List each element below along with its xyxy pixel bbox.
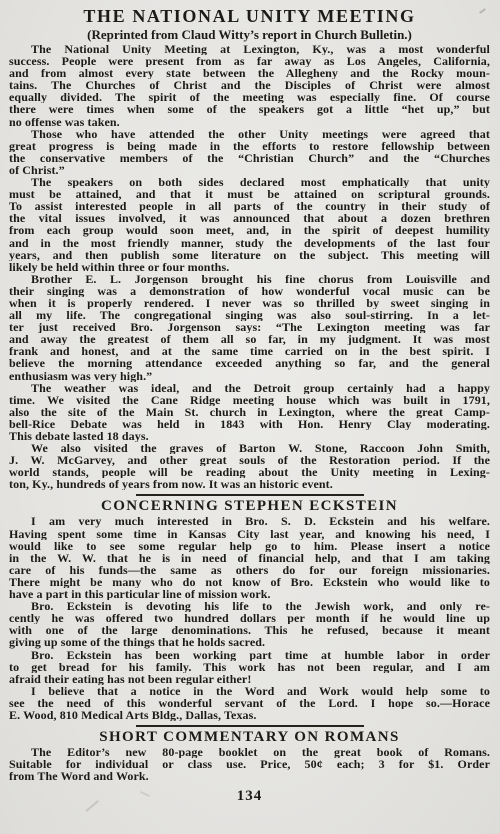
text-line: all my life. The congregational singing … <box>9 309 490 321</box>
section-title-concerning-stephen-eckstein: CONCERNING STEPHEN ECKSTEIN <box>9 498 490 514</box>
text-line: equally divided. The spirit of the meeti… <box>9 91 490 103</box>
section-title-national-unity-meeting: THE NATIONAL UNITY MEETING <box>9 6 490 26</box>
text-line: We also visited the graves of Barton W. … <box>9 442 490 454</box>
text-line: success. People were present from as far… <box>9 55 490 67</box>
text-line: world stands, people will be reading abo… <box>9 466 490 478</box>
text-line: frank and honest, and at the same time c… <box>9 345 490 357</box>
text-line: no offense was taken. <box>9 116 490 128</box>
text-line: care of his funds—the same as others do … <box>9 564 490 576</box>
text-line: of Christ.” <box>9 164 490 176</box>
text-line: The weather was ideal, and the Detroit g… <box>9 382 490 394</box>
section-title-short-commentary-on-romans: SHORT COMMENTARY ON ROMANS <box>9 729 490 745</box>
text-line: The Editor’s new 80-page booklet on the … <box>9 746 490 758</box>
document-page: THE NATIONAL UNITY MEETING(Reprinted fro… <box>0 0 500 834</box>
text-line: There might be many who do not know of B… <box>9 576 490 588</box>
text-line: afraid their eating has not been regular… <box>9 673 490 685</box>
text-line: when it is properly rendered. I never wa… <box>9 297 490 309</box>
text-line: time. We visited the Cane Ridge meeting … <box>9 394 490 406</box>
text-line: giving up some of the things that he hol… <box>9 636 490 648</box>
section-subtitle: (Reprinted from Claud Witty’s report in … <box>9 28 490 42</box>
paragraph: The National Unity Meeting at Lexington,… <box>9 43 490 128</box>
paragraph: The weather was ideal, and the Detroit g… <box>9 382 490 442</box>
text-line: I am very much interested in Bro. S. D. … <box>9 515 490 527</box>
text-line: The speakers on both sides declared most… <box>9 176 490 188</box>
text-line: J. W. McGarvey, and other great souls of… <box>9 454 490 466</box>
page-number: 134 <box>9 788 490 804</box>
text-line: see the need of this wonderful servant o… <box>9 697 490 709</box>
text-line: and from almost every state between the … <box>9 67 490 79</box>
section-divider <box>136 725 364 727</box>
paragraph: Brother E. L. Jorgenson brought his fine… <box>9 273 490 382</box>
text-line: ton, Ky., hundreds of years from now. It… <box>9 478 490 490</box>
text-line: likely be held within three or four mont… <box>9 261 490 273</box>
text-line: with one of the large denominations. Thi… <box>9 624 490 636</box>
text-line: Bro. Eckstein has been working part time… <box>9 649 490 661</box>
text-line: E. Wood, 810 Medical Arts Bldg., Dallas,… <box>9 709 490 721</box>
text-line: have a part in this particular line of m… <box>9 588 490 600</box>
text-line: bell-Rice Debate was held in 1843 with H… <box>9 418 490 430</box>
paragraph: The speakers on both sides declared most… <box>9 176 490 273</box>
paragraph: We also visited the graves of Barton W. … <box>9 442 490 490</box>
text-line: great progress is being made in the effo… <box>9 140 490 152</box>
text-line: the conservative members of the “Christi… <box>9 152 490 164</box>
text-line: their singing was a demonstration of how… <box>9 285 490 297</box>
text-line: the vital issues involved, it was announ… <box>9 212 490 224</box>
text-line: from each group would soon meet, and, in… <box>9 224 490 236</box>
text-line: there were times when some of the speake… <box>9 103 490 115</box>
text-line: would like to see some regular help go t… <box>9 540 490 552</box>
text-line: Brother E. L. Jorgenson brought his fine… <box>9 273 490 285</box>
text-line: The National Unity Meeting at Lexington,… <box>9 43 490 55</box>
page-content: THE NATIONAL UNITY MEETING(Reprinted fro… <box>9 6 490 782</box>
text-line: To assist interested people in all parts… <box>9 200 490 212</box>
paragraph: The Editor’s new 80-page booklet on the … <box>9 746 490 782</box>
section-divider <box>136 494 364 496</box>
text-line: I believe that a notice in the Word and … <box>9 685 490 697</box>
text-line: and in the most friendly manner, study t… <box>9 237 490 249</box>
paragraph: Those who have attended the other Unity … <box>9 128 490 176</box>
text-line: enthusiasm was very high.” <box>9 370 490 382</box>
paragraph: Bro. Eckstein has been working part time… <box>9 649 490 685</box>
paragraph: I believe that a notice in the Word and … <box>9 685 490 721</box>
text-line: Bro. Eckstein is devoting his life to th… <box>9 600 490 612</box>
text-line: must be attained, and that it must be at… <box>9 188 490 200</box>
text-line: ter just received Bro. Jorgenson says: “… <box>9 321 490 333</box>
text-line: Those who have attended the other Unity … <box>9 128 490 140</box>
text-line: also the site of the Main St. church in … <box>9 406 490 418</box>
text-line: years, and then publish some literature … <box>9 249 490 261</box>
text-line: Suitable for individual or class use. Pr… <box>9 758 490 770</box>
text-line: and away the greatest of them all so far… <box>9 333 490 345</box>
text-line: to get bread for his family. This work h… <box>9 661 490 673</box>
text-line: Having spent some time in Kansas City la… <box>9 528 490 540</box>
text-line: believe the morning attendance exceeded … <box>9 357 490 369</box>
paragraph: Bro. Eckstein is devoting his life to th… <box>9 600 490 648</box>
text-line: cently he was offered two hundred dollar… <box>9 612 490 624</box>
text-line: in the W. W. that he is in need of finan… <box>9 552 490 564</box>
text-line: tains. The Churches of Christ and the Di… <box>9 79 490 91</box>
paragraph: I am very much interested in Bro. S. D. … <box>9 515 490 600</box>
text-line: This debate lasted 18 days. <box>9 430 490 442</box>
text-line: from The Word and Work. <box>9 770 490 782</box>
